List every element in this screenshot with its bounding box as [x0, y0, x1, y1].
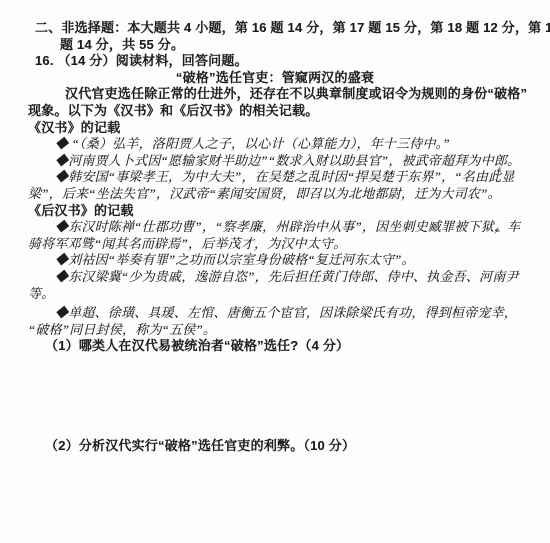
houhanshu-bullet-chen-chan-2: 骑将军邓骘“闻其名而辟焉”，后举茂才，为汉中太守。	[28, 236, 536, 253]
houhanshu-bullet-liang-ji-1: ◆东汉梁冀“少为贵戚，逸游自恣”，先后担任黄门侍郎、侍中、执金吾、河南尹	[28, 269, 536, 286]
houhanshu-heading: 《后汉书》的记载	[28, 203, 536, 220]
houhanshu-bullet-liang-ji-2: 等。	[28, 286, 536, 303]
hanshu-heading: 《汉书》的记载	[28, 120, 536, 137]
hanshu-bullet-han-anguo-1: ◆韩安国“事梁孝王，为中大夫”，在吴楚之乱时因“捍吴楚于东界”，“名由此显	[28, 169, 536, 186]
preamble-line-2: 现象。以下为《汉书》和《后汉书》的相关记载。	[28, 103, 536, 120]
question-16-intro: 16. （14 分）阅读材料，回答问题。	[28, 53, 536, 70]
scanned-exam-page: 二、非选择题：本大题共 4 小题，第 16 题 14 分，第 17 题 15 分…	[0, 0, 550, 543]
houhanshu-bullet-five-eunuchs-1: ◆单超、徐璜、具瑗、左悺、唐衡五个宦官，因诛除梁氏有功，得到桓帝宠幸，	[28, 305, 536, 322]
hanshu-bullet-bu-shi: ◆河南贾人卜式因“愿输家财半助边”“数求入财以助县官”，被武帝超拜为中郎。	[28, 153, 536, 170]
hanshu-bullet-han-anguo-2: 梁”，后来“坐法失官”，汉武帝“素闻安国贤，即召以为北地都尉，迁为大司农”。	[28, 186, 536, 203]
houhanshu-bullet-five-eunuchs-2: “破格”同日封侯，称为“五侯”。	[28, 322, 536, 339]
sub-question-1: （1）哪类人在汉代易被统治者“破格”选任?（4 分）	[28, 338, 536, 355]
houhanshu-bullet-liu-hu: ◆刘祜因“举奏有罪”之功而以宗室身份破格“复迁河东太守”。	[28, 252, 536, 269]
exam-document: 二、非选择题：本大题共 4 小题，第 16 题 14 分，第 17 题 15 分…	[28, 20, 536, 454]
houhanshu-bullet-chen-chan-1: ◆东汉时陈禅“仕郡功曹”，“察孝廉，州辟治中从事”，因坐刺史臧罪被下狱，车	[28, 219, 536, 236]
preamble-line-1: 汉代官吏选任除正常的仕进外，还存在不以典章制度或诏令为规则的身份“破格”	[28, 86, 536, 103]
section-header-line-2: 题 14 分，共 55 分。	[28, 37, 536, 54]
hanshu-bullet-sang-hongyang: ◆ “（桑）弘羊，洛阳贾人之子，以心计（心算能力），年十三侍中。”	[28, 136, 536, 153]
section-header-line-1: 二、非选择题：本大题共 4 小题，第 16 题 14 分，第 17 题 15 分…	[28, 20, 536, 37]
sub-question-2: （2）分析汉代实行“破格”选任官吏的利弊。（10 分）	[28, 438, 536, 455]
material-title: “破格”选任官吏：管窥两汉的盛衰	[28, 70, 536, 87]
